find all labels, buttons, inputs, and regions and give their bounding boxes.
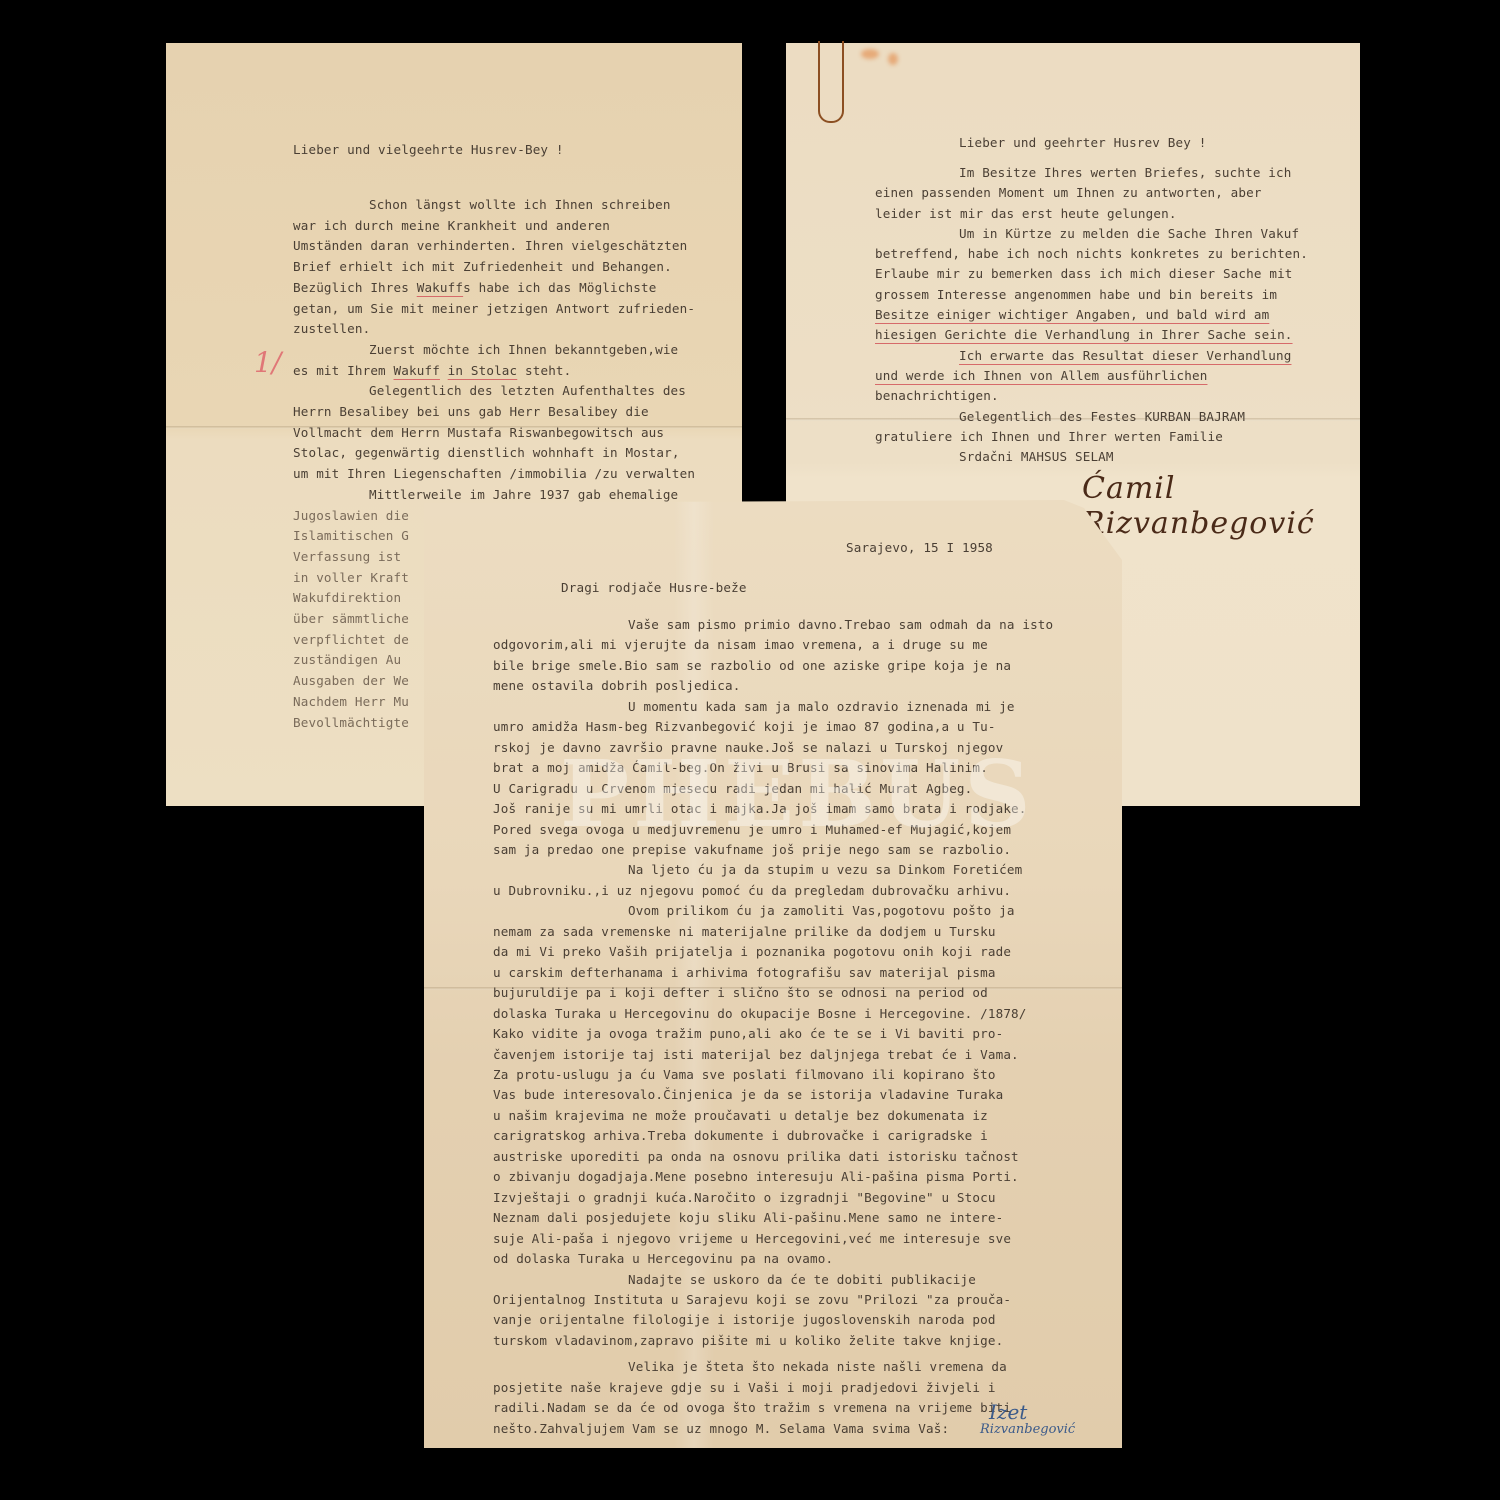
text-line: Besitze einiger wichtiger Angaben, und b…	[875, 305, 1308, 325]
letter-right-greeting: Lieber und geehrter Husrev Bey !	[959, 133, 1206, 154]
text-line: Kako vidite ja ovoga tražim puno,ali ako…	[493, 1024, 1053, 1044]
text-line: Um in Kürtze zu melden die Sache Ihren V…	[875, 224, 1308, 244]
text-line: Gelegentlich des Festes KURBAN BAJRAM	[875, 407, 1308, 427]
text-line: nešto.Zahvaljujem Vam se uz mnogo M. Sel…	[493, 1419, 1053, 1439]
text-line: Schon längst wollte ich Ihnen schreiben	[293, 195, 695, 216]
text-line: odgovorim,ali mi vjerujte da nisam imao …	[493, 635, 1053, 655]
text-line: zustellen.	[293, 319, 695, 340]
text-line: einen passenden Moment um Ihnen zu antwo…	[875, 183, 1308, 203]
text-line: es mit Ihrem Wakuff in Stolac steht.	[293, 361, 695, 382]
text-line: Neznam dali posjedujete koju sliku Ali-p…	[493, 1208, 1053, 1228]
text-line: Zuerst möchte ich Ihnen bekanntgeben,wie	[293, 340, 695, 361]
text-line: posjetite naše krajeve gdje su i Vaši i …	[493, 1378, 1053, 1398]
text-line: Još ranije su mi umrli otac i majka.Ja j…	[493, 799, 1053, 819]
text-line: Im Besitze Ihres werten Briefes, suchte …	[875, 163, 1308, 183]
text-line: und werde ich Ihnen von Allem ausführlic…	[875, 366, 1308, 386]
text-line: austriske uporediti pa onda na osnovu pr…	[493, 1147, 1053, 1167]
text-line: Brief erhielt ich mit Zufriedenheit und …	[293, 257, 695, 278]
text-line: Na ljeto ću ja da stupim u vezu sa Dinko…	[493, 860, 1053, 880]
text-line: čavenjem istorije taj isti materijal bez…	[493, 1045, 1053, 1065]
text-line: U Carigradu u Crvenom mjesecu radi jedan…	[493, 779, 1053, 799]
text-line: bujuruldije pa i koji defter i slično št…	[493, 983, 1053, 1003]
text-line: Erlaube mir zu bemerken dass ich mich di…	[875, 264, 1308, 284]
letter-front-body: Vaše sam pismo primio davno.Trebao sam o…	[493, 615, 1053, 1439]
letter-left-greeting: Lieber und vielgeehrte Husrev-Bey !	[293, 140, 564, 161]
text-line: Umständen daran verhinderten. Ihren viel…	[293, 236, 695, 257]
text-line: war ich durch meine Krankheit und andere…	[293, 216, 695, 237]
letter-front-greeting: Dragi rodjače Husre-beže	[561, 578, 747, 599]
rust-stain	[888, 53, 898, 65]
text-line: Nadajte se uskoro da će te dobiti publik…	[493, 1270, 1053, 1290]
text-line: mene ostavila dobrih posljedica.	[493, 676, 1053, 696]
text-line: carigratskog arhiva.Treba dokumente i du…	[493, 1126, 1053, 1146]
text-line: da mi Vi preko Vaših prijatelja i poznan…	[493, 942, 1053, 962]
text-line: Srdačni MAHSUS SELAM	[875, 447, 1308, 467]
text-line: betreffend, habe ich noch nichts konkret…	[875, 244, 1308, 264]
text-line: o zbivanju dogadjaja.Mene posebno intere…	[493, 1167, 1053, 1187]
text-line: Ich erwarte das Resultat dieser Verhandl…	[875, 346, 1308, 366]
text-line: sam ja predao one prepise vakufname još …	[493, 840, 1053, 860]
signature-camil: Ćamil Rizvanbegović	[1082, 471, 1360, 541]
letter-right-body: Im Besitze Ihres werten Briefes, suchte …	[875, 163, 1308, 467]
text-line: Gelegentlich des letzten Aufenthaltes de…	[293, 381, 695, 402]
text-line: grossem Interesse angenommen habe und bi…	[875, 285, 1308, 305]
margin-mark: 1/	[254, 346, 281, 379]
text-line: leider ist mir das erst heute gelungen.	[875, 204, 1308, 224]
text-line: rskoj je davno završio pravne nauke.Još …	[493, 738, 1053, 758]
text-line: Vaše sam pismo primio davno.Trebao sam o…	[493, 615, 1053, 635]
place-date: Sarajevo, 15 I 1958	[846, 538, 993, 559]
text-line: Velika je šteta što nekada niste našli v…	[493, 1357, 1053, 1377]
text-line: gratuliere ich Ihnen und Ihrer werten Fa…	[875, 427, 1308, 447]
text-line: u Dubrovniku.,i uz njegovu pomoć ću da p…	[493, 881, 1053, 901]
text-line: u carskim defterhanama i arhivima fotogr…	[493, 963, 1053, 983]
text-line: od dolaska Turaka u Hercegovinu pa na ov…	[493, 1249, 1053, 1269]
text-line: turskom vladavinom,zapravo pišite mi u k…	[493, 1331, 1053, 1351]
text-line: Bezüglich Ihres Wakuffs habe ich das Mög…	[293, 278, 695, 299]
text-line: dolaska Turaka u Hercegovinu do okupacij…	[493, 1004, 1053, 1024]
text-line: getan, um Sie mit meiner jetzigen Antwor…	[293, 299, 695, 320]
text-line: bile brige smele.Bio sam se razbolio od …	[493, 656, 1053, 676]
text-line: U momentu kada sam ja malo ozdravio izne…	[493, 697, 1053, 717]
text-line: umro amidža Hasm-beg Rizvanbegović koji …	[493, 717, 1053, 737]
text-line: Stolac, gegenwärtig dienstlich wohnhaft …	[293, 443, 695, 464]
letter-front: Sarajevo, 15 I 1958 Dragi rodjače Husre-…	[424, 500, 1122, 1448]
text-line: Herrn Besalibey bei uns gab Herr Besalib…	[293, 402, 695, 423]
text-line: Izvještaji o gradnji kuća.Naročito o izg…	[493, 1188, 1053, 1208]
text-line: Ovom prilikom ću ja zamoliti Vas,pogotov…	[493, 901, 1053, 921]
paper-clip-mark	[818, 41, 844, 123]
text-line: benachrichtigen.	[875, 386, 1308, 406]
signature-izet: Izet	[989, 1400, 1027, 1424]
text-line: Orijentalnog Instituta u Sarajevu koji s…	[493, 1290, 1053, 1310]
signature-rizvanbegovic: Rizvanbegović	[980, 1422, 1075, 1437]
rust-stain	[861, 49, 879, 59]
text-line: Za protu-uslugu ja ću Vama sve poslati f…	[493, 1065, 1053, 1085]
text-line: u našim krajevima ne može proučavati u d…	[493, 1106, 1053, 1126]
text-line: um mit Ihren Liegenschaften /immobilia /…	[293, 464, 695, 485]
text-line: suje Ali-paša i njegovo vrijeme u Herceg…	[493, 1229, 1053, 1249]
text-line: Pored svega ovoga u medjuvremenu je umro…	[493, 820, 1053, 840]
text-line: hiesigen Gerichte die Verhandlung in Ihr…	[875, 325, 1308, 345]
text-line: Vas bude interesovalo.Činjenica je da se…	[493, 1085, 1053, 1105]
text-line: nemam za sada vremenske ni materijalne p…	[493, 922, 1053, 942]
text-line: brat a moj amidža Ćamil-beg.On živi u Br…	[493, 758, 1053, 778]
text-line: radili.Nadam se da će od ovoga što traži…	[493, 1398, 1053, 1418]
text-line: vanje orijentalne filologije i istorije …	[493, 1310, 1053, 1330]
text-line: Vollmacht dem Herrn Mustafa Riswanbegowi…	[293, 423, 695, 444]
